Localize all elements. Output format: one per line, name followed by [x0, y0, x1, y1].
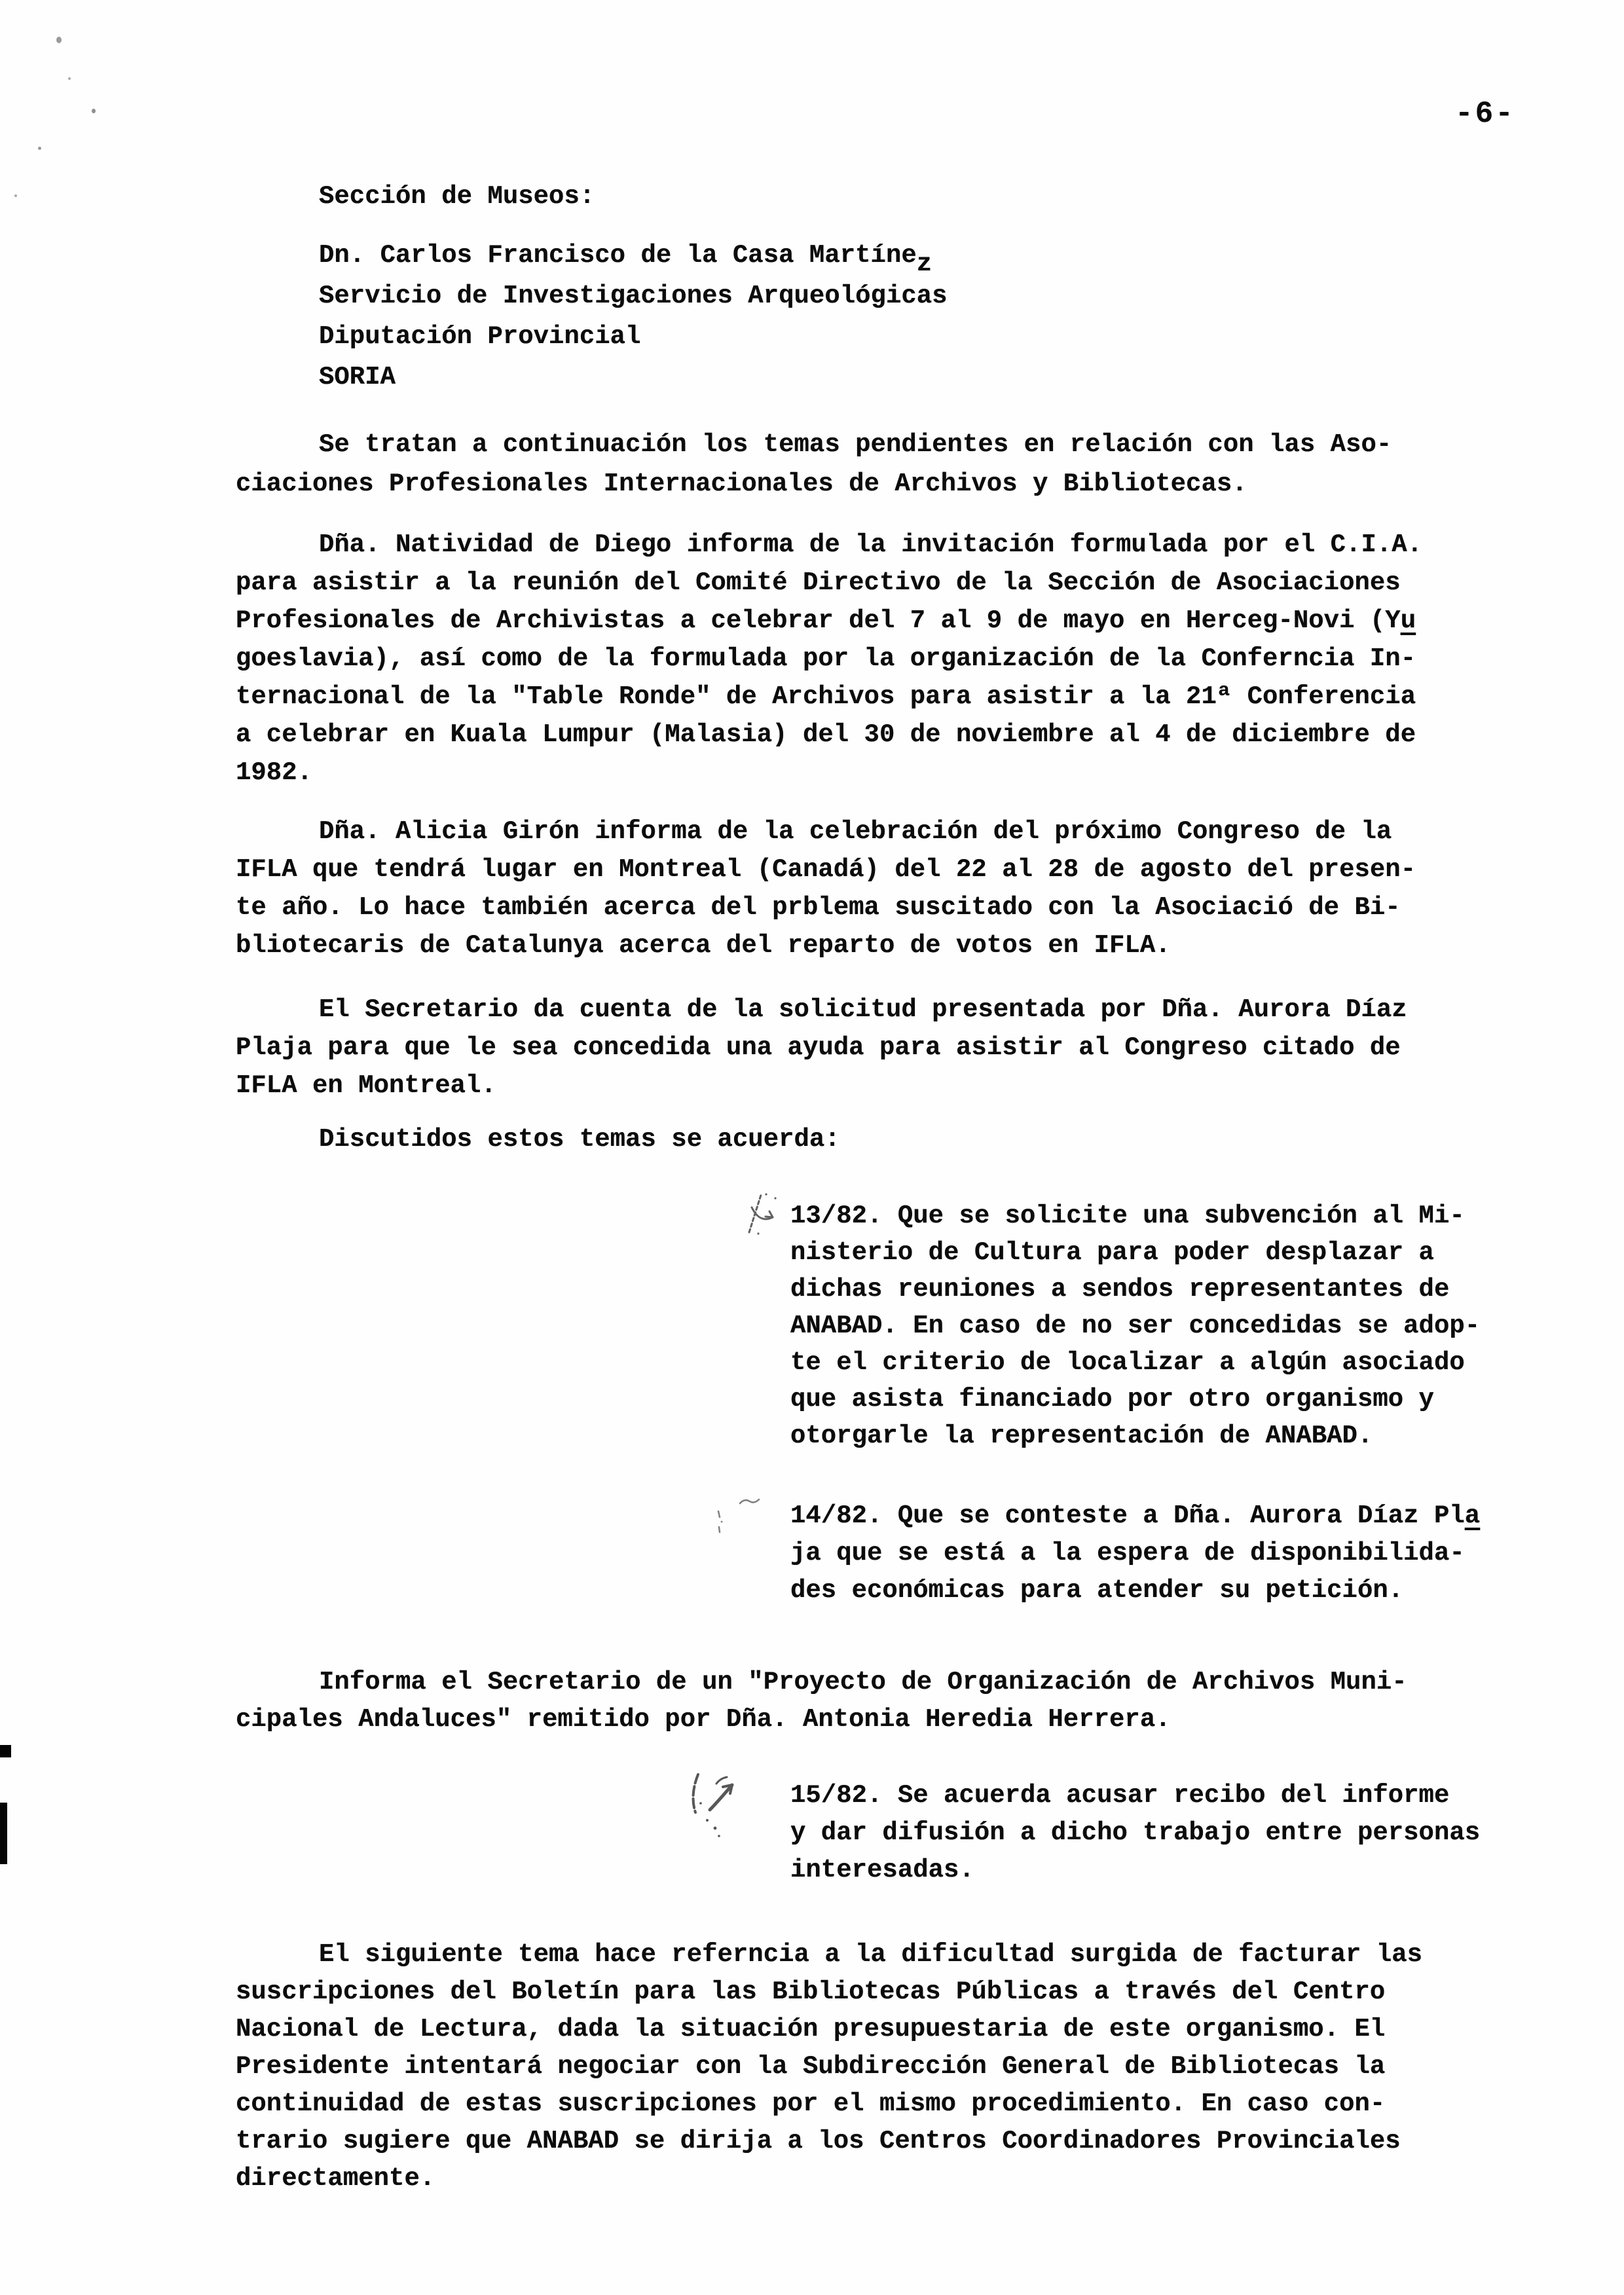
acuerdo-13-82: 13/82. Que se solicite una subvención al…	[790, 1198, 1480, 1454]
text-line: IFLA en Montreal.	[236, 1067, 1407, 1105]
acuerdo-15-82: 15/82. Se acuerda acusar recibo del info…	[790, 1777, 1480, 1889]
text-line: Se tratan a continuación los temas pendi…	[236, 425, 1392, 464]
scan-edge-bar	[0, 1803, 7, 1864]
scan-speck	[56, 37, 62, 43]
text-segment: 14/82. Que se conteste a Dña. Aurora Día…	[790, 1501, 1465, 1530]
text-line: para asistir a la reunión del Comité Dir…	[236, 564, 1422, 602]
text-line: Nacional de Lectura, dada la situación p…	[236, 2011, 1422, 2048]
paragraph-proyecto: Informa el Secretario de un "Proyecto de…	[236, 1664, 1407, 1738]
text-line: nisterio de Cultura para poder desplazar…	[790, 1234, 1480, 1271]
text-line: te año. Lo hace también acerca del prble…	[236, 889, 1416, 927]
text-line: Presidente intentará negociar con la Sub…	[236, 2048, 1422, 2085]
text-line: cipales Andaluces" remitido por Dña. Ant…	[236, 1701, 1407, 1738]
text-line: ciaciones Profesionales Internacionales …	[236, 464, 1392, 504]
text-line: te el criterio de localizar a algún asoc…	[790, 1344, 1480, 1381]
paragraph-acuerda: Discutidos estos temas se acuerda:	[236, 1120, 840, 1158]
addressee-name-text: Dn. Carlos Francisco de la Casa Martíne	[319, 241, 917, 270]
text-line: goeslavia), así como de la formulada por…	[236, 640, 1422, 678]
text-line: ANABAD. En caso de no ser concedidas se …	[790, 1308, 1480, 1344]
text-line: Informa el Secretario de un "Proyecto de…	[236, 1664, 1407, 1701]
text-line: que asista financiado por otro organismo…	[790, 1381, 1480, 1418]
scan-edge-blot	[0, 1745, 11, 1757]
text-line: des económicas para atender su petición.	[790, 1572, 1480, 1609]
handwritten-tick-icon	[714, 1496, 771, 1540]
text-line: bliotecaris de Catalunya acerca del repa…	[236, 927, 1416, 964]
acuerdo-14-82: 14/82. Que se conteste a Dña. Aurora Día…	[790, 1497, 1480, 1609]
addressee-institution: Diputación Provincial	[319, 316, 948, 357]
text-line: Discutidos estos temas se acuerda:	[236, 1120, 840, 1158]
handwritten-check-icon	[744, 1188, 787, 1236]
page-number: -6-	[1455, 97, 1515, 131]
text-line: a celebrar en Kuala Lumpur (Malasia) del…	[236, 716, 1422, 754]
scan-speck	[14, 194, 17, 197]
text-line: otorgarle la representación de ANABAD.	[790, 1418, 1480, 1454]
handwritten-arrow-icon	[669, 1763, 756, 1846]
addressee-city: SORIA	[319, 357, 948, 397]
paragraph-invitaciones: Dña. Natividad de Diego informa de la in…	[236, 526, 1422, 792]
scan-speck	[68, 77, 71, 80]
scan-speck	[38, 147, 41, 150]
text-line: IFLA que tendrá lugar en Montreal (Canad…	[236, 851, 1416, 889]
text-line: Dña. Alicia Girón informa de la celebrac…	[236, 813, 1416, 851]
paragraph-suscripciones: El siguiente tema hace referncia a la di…	[236, 1936, 1422, 2197]
paragraph-ifla: Dña. Alicia Girón informa de la celebrac…	[236, 813, 1416, 964]
paragraph-intro: Se tratan a continuación los temas pendi…	[236, 425, 1392, 504]
address-block: Dn. Carlos Francisco de la Casa Martínez…	[319, 235, 948, 397]
underlined-letter: u	[1401, 606, 1416, 635]
dropped-letter: z	[917, 249, 932, 278]
text-line: suscripciones del Boletín para las Bibli…	[236, 1974, 1422, 2011]
text-line: trario sugiere que ANABAD se dirija a lo…	[236, 2123, 1422, 2160]
scanned-page: -6- Sección de Museos: Dn. Carlos Franci…	[0, 0, 1624, 2295]
text-line: El siguiente tema hace referncia a la di…	[236, 1936, 1422, 1974]
text-line: y dar difusión a dicho trabajo entre per…	[790, 1814, 1480, 1852]
text-line: ja que se está a la espera de disponibil…	[790, 1535, 1480, 1572]
text-line: interesadas.	[790, 1852, 1480, 1889]
addressee-service: Servicio de Investigaciones Arqueológica…	[319, 276, 948, 316]
underlined-letter: a	[1465, 1501, 1480, 1530]
paragraph-solicitud: El Secretario da cuenta de la solicitud …	[236, 991, 1407, 1105]
text-line: Plaja para que le sea concedida una ayud…	[236, 1029, 1407, 1067]
text-line: directamente.	[236, 2160, 1422, 2197]
section-heading-block: Sección de Museos:	[319, 176, 595, 217]
scan-speck	[92, 109, 96, 113]
text-line: 13/82. Que se solicite una subvención al…	[790, 1198, 1480, 1234]
text-line: 14/82. Que se conteste a Dña. Aurora Día…	[790, 1497, 1480, 1535]
text-line: Dña. Natividad de Diego informa de la in…	[236, 526, 1422, 564]
text-line: dichas reuniones a sendos representantes…	[790, 1271, 1480, 1308]
text-line: continuidad de estas suscripciones por e…	[236, 2085, 1422, 2123]
text-segment: Profesionales de Archivistas a celebrar …	[236, 606, 1401, 635]
text-line: 1982.	[236, 754, 1422, 792]
text-line: 15/82. Se acuerda acusar recibo del info…	[790, 1777, 1480, 1814]
text-line: Profesionales de Archivistas a celebrar …	[236, 602, 1422, 640]
text-line: ternacional de la "Table Ronde" de Archi…	[236, 678, 1422, 716]
text-line: El Secretario da cuenta de la solicitud …	[236, 991, 1407, 1029]
section-heading: Sección de Museos:	[319, 176, 595, 217]
addressee-name: Dn. Carlos Francisco de la Casa Martínez	[319, 235, 948, 276]
